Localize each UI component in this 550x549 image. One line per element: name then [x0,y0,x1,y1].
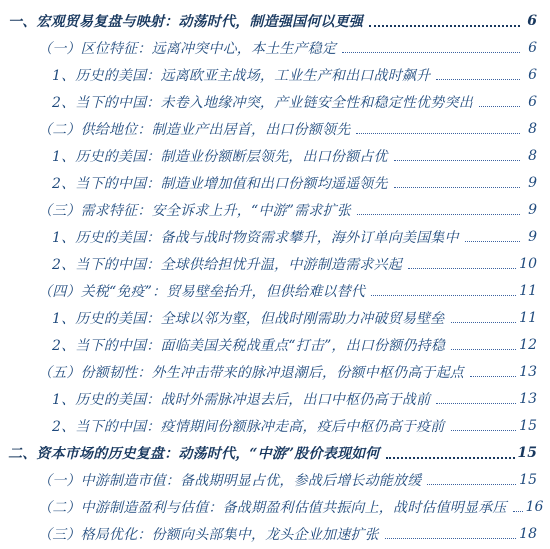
toc-item[interactable]: 2、当下的中国：全球供给担忧升温，中游制造需求兴起 10 [0,250,537,277]
toc-item-label[interactable]: 2、当下的中国：全球供给担忧升温，中游制造需求兴起 [52,254,402,274]
toc-page-number: 13 [519,364,537,380]
toc-page-number: 11 [519,310,537,326]
dot-leader [465,241,520,242]
dot-leader [451,430,517,431]
dot-leader [371,295,516,296]
toc-item-label[interactable]: 2、当下的中国：制造业增加值和出口份额均遥遥领先 [52,173,388,193]
dot-leader [385,538,516,539]
toc-item[interactable]: 1、历史的美国：制造业份额断层领先，出口份额占优 8 [0,142,537,169]
toc-item[interactable]: 1、历史的美国：备战与战时物资需求攀升，海外订单向美国集中 9 [0,223,537,250]
toc-item[interactable]: （四）关税“免疫”：贸易壁垒抬升，但供给难以替代 11 [0,277,537,304]
dot-leader [342,52,520,53]
toc-page-number: 9 [523,202,537,218]
toc-page-number: 6 [523,40,537,56]
table-of-contents: 一、宏观贸易复盘与映射：动荡时代，制造强国何以更强 6 （一）区位特征：远离冲突… [0,0,550,549]
toc-page-number: 9 [523,229,537,245]
dot-leader [479,106,520,107]
toc-item-label[interactable]: （三）需求特征：安全诉求上升，“中游”需求扩张 [38,200,351,220]
dot-leader [451,349,516,350]
toc-item[interactable]: （一）区位特征：远离冲突中心，本土生产稳定 6 [0,34,537,61]
toc-item[interactable]: （一）中游制造市值：备战期明显占优，参战后增长动能放缓 15 [0,466,537,493]
toc-item-label[interactable]: 1、历史的美国：远离欧亚主战场，工业生产和出口战时飙升 [52,65,430,85]
toc-item-label[interactable]: 二、资本市场的历史复盘：动荡时代，“中游”股价表现如何 [8,443,380,463]
toc-item[interactable]: 1、历史的美国：战时外需脉冲退去后，出口中枢仍高于战前 13 [0,385,537,412]
toc-item[interactable]: 1、历史的美国：全球以邻为壑，但战时刚需助力冲破贸易壁垒 11 [0,304,537,331]
toc-item-label[interactable]: （一）区位特征：远离冲突中心，本土生产稳定 [38,38,336,58]
toc-item-label[interactable]: （五）份额韧性：外生冲击带来的脉冲退潮后，份额中枢仍高于起点 [38,362,464,382]
toc-page-number: 16 [526,499,544,515]
toc-page-number: 12 [519,337,537,353]
toc-page-number: 9 [523,175,537,191]
toc-item-label[interactable]: 1、历史的美国：战时外需脉冲退去后，出口中枢仍高于战前 [52,389,430,409]
toc-item-label[interactable]: 2、当下的中国：疫情期间份额脉冲走高，疫后中枢仍高于疫前 [52,416,445,436]
dot-leader [470,376,516,377]
toc-item-label[interactable]: 一、宏观贸易复盘与映射：动荡时代，制造强国何以更强 [8,11,363,31]
toc-item-label[interactable]: （四）关税“免疫”：贸易壁垒抬升，但供给难以替代 [38,281,365,301]
toc-page-number: 10 [519,256,537,272]
toc-item-label[interactable]: （二）中游制造盈利与估值：备战期盈利估值共振向上，战时估值明显承压 [38,497,507,517]
toc-item-label[interactable]: 1、历史的美国：备战与战时物资需求攀升，海外订单向美国集中 [52,227,459,247]
dot-leader [394,187,520,188]
toc-item-label[interactable]: （三）格局优化：份额向头部集中，龙头企业加速扩张 [38,524,379,544]
dot-leader [408,268,516,269]
dot-leader [394,160,520,161]
toc-item[interactable]: 二、资本市场的历史复盘：动荡时代，“中游”股价表现如何 15 [0,439,537,466]
toc-page-number: 6 [523,94,537,110]
toc-item[interactable]: 一、宏观贸易复盘与映射：动荡时代，制造强国何以更强 6 [0,7,537,34]
toc-page-number: 15 [518,445,537,461]
dot-leader [513,511,523,512]
toc-page-number: 11 [519,283,537,299]
toc-item[interactable]: 2、当下的中国：疫情期间份额脉冲走高，疫后中枢仍高于疫前 15 [0,412,537,439]
toc-item[interactable]: 2、当下的中国：制造业增加值和出口份额均遥遥领先 9 [0,169,537,196]
toc-page-number: 6 [523,13,537,29]
dot-leader [436,79,520,80]
dot-leader [386,457,515,459]
toc-page-number: 8 [523,148,537,164]
toc-item[interactable]: 2、当下的中国：未卷入地缘冲突，产业链安全性和稳定性优势突出 6 [0,88,537,115]
toc-page-number: 18 [519,526,537,542]
dot-leader [357,214,520,215]
toc-item[interactable]: （二）供给地位：制造业产出居首，出口份额领先 8 [0,115,537,142]
toc-item-label[interactable]: 1、历史的美国：制造业份额断层领先，出口份额占优 [52,146,388,166]
dot-leader [356,133,520,134]
toc-page-number: 13 [519,391,537,407]
dot-leader [427,484,516,485]
toc-page-number: 15 [519,472,537,488]
toc-item[interactable]: 2、当下的中国：面临美国关税战重点“打击”，出口份额仍持稳 12 [0,331,537,358]
toc-item[interactable]: 1、历史的美国：远离欧亚主战场，工业生产和出口战时飙升 6 [0,61,537,88]
toc-page-number: 15 [519,418,537,434]
toc-item[interactable]: （二）中游制造盈利与估值：备战期盈利估值共振向上，战时估值明显承压 16 [0,493,537,520]
toc-item-label[interactable]: 2、当下的中国：未卷入地缘冲突，产业链安全性和稳定性优势突出 [52,92,473,112]
toc-item[interactable]: （三）格局优化：份额向头部集中，龙头企业加速扩张 18 [0,520,537,547]
dot-leader [436,403,516,404]
toc-item-label[interactable]: 1、历史的美国：全球以邻为壑，但战时刚需助力冲破贸易壁垒 [52,308,445,328]
toc-item-label[interactable]: （一）中游制造市值：备战期明显占优，参战后增长动能放缓 [38,470,421,490]
dot-leader [451,322,517,323]
toc-page-number: 8 [523,121,537,137]
toc-page-number: 6 [523,67,537,83]
dot-leader [369,25,520,27]
toc-item[interactable]: （三）需求特征：安全诉求上升，“中游”需求扩张 9 [0,196,537,223]
toc-item-label[interactable]: 2、当下的中国：面临美国关税战重点“打击”，出口份额仍持稳 [52,335,445,355]
toc-item[interactable]: （五）份额韧性：外生冲击带来的脉冲退潮后，份额中枢仍高于起点 13 [0,358,537,385]
toc-item-label[interactable]: （二）供给地位：制造业产出居首，出口份额领先 [38,119,350,139]
